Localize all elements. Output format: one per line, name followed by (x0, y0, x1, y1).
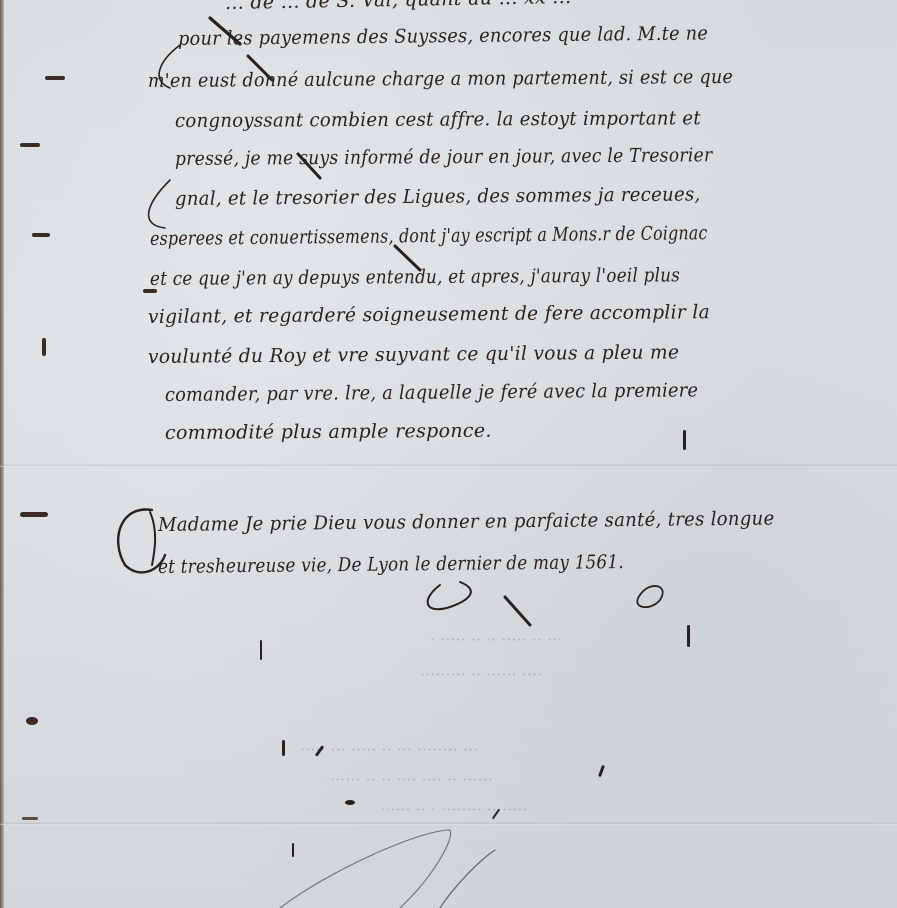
handwriting-flourishes (0, 0, 897, 908)
manuscript-page: ··· ·· ····· ·· ·· ····· · ···· ······ ·… (0, 0, 897, 908)
